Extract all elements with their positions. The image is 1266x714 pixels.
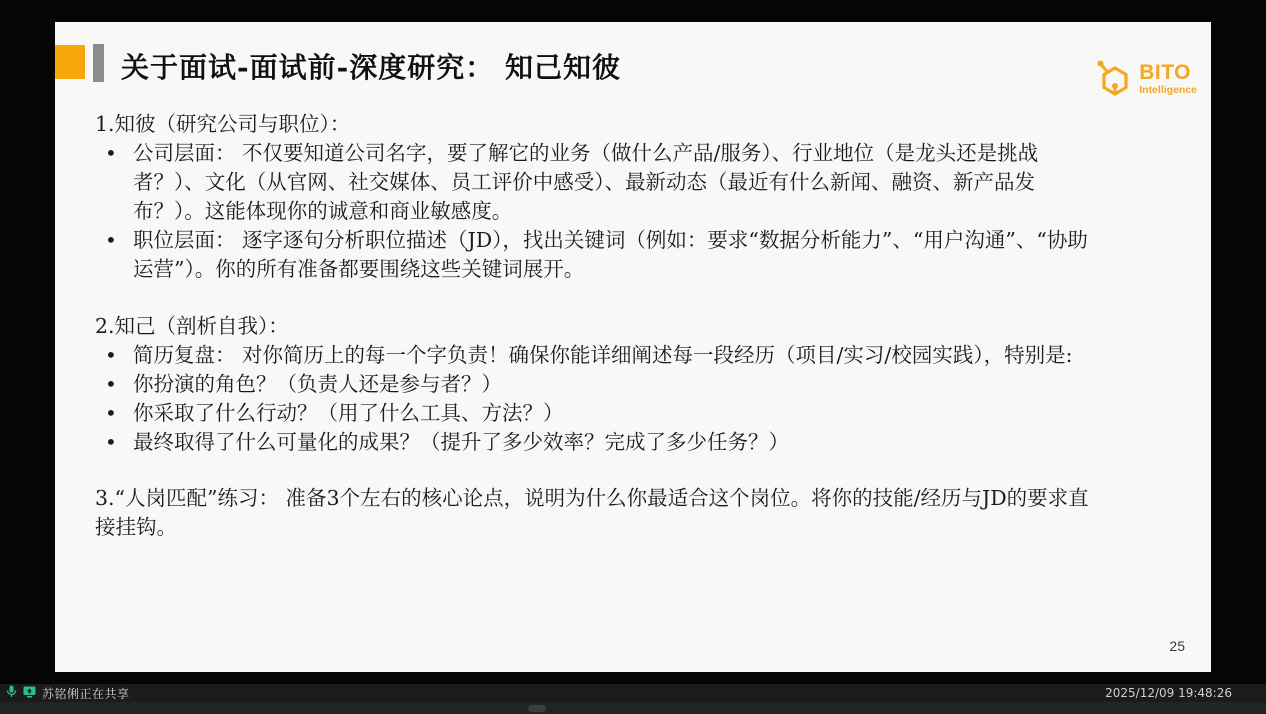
title-accent-bar <box>93 44 104 82</box>
section-2-bullet-list: 简历复盘： 对你简历上的每一个字负责！确保你能详细阐述每一段经历（项目/实习/校… <box>95 341 1090 457</box>
section-person-job-match: 3.“人岗匹配”练习： 准备3个左右的核心论点，说明为什么你最适合这个岗位。将你… <box>95 484 1090 542</box>
slide-title-rest: 深度研究： 知己知彼 <box>349 51 621 84</box>
bito-logo-icon <box>1094 58 1134 100</box>
taskbar-strip <box>0 702 1266 714</box>
microphone-icon[interactable] <box>6 685 17 701</box>
timestamp: 2025/12/09 19:48:26 <box>1105 686 1232 700</box>
section-1-heading: 1.知彼（研究公司与职位）： <box>95 110 1090 139</box>
status-icons <box>6 685 36 701</box>
bullet-your-role: 你扮演的角色？（负责人还是参与者？） <box>95 370 1090 399</box>
bito-logo: BITO Intelligence <box>1094 58 1197 100</box>
bullet-position-level: 职位层面： 逐字逐句分析职位描述（JD），找出关键词（例如：要求“数据分析能力”… <box>95 226 1090 284</box>
section-1-bullet-list: 公司层面： 不仅要知道公司名字，要了解它的业务（做什么产品/服务）、行业地位（是… <box>95 139 1090 284</box>
slide-body: 1.知彼（研究公司与职位）： 公司层面： 不仅要知道公司名字，要了解它的业务（做… <box>95 110 1090 542</box>
presentation-slide: 关于面试-面试前-深度研究： 知己知彼 BITO Intelligence <box>55 22 1211 672</box>
screen-share-view: 关于面试-面试前-深度研究： 知己知彼 BITO Intelligence <box>0 0 1266 714</box>
meeting-status-bar: 苏铭俐正在共享 2025/12/09 19:48:26 <box>0 684 1266 702</box>
slide-title: 关于面试-面试前-深度研究： 知己知彼 <box>121 46 621 86</box>
bullet-your-results: 最终取得了什么可量化的成果？（提升了多少效率？完成了多少任务？） <box>95 428 1090 457</box>
sharing-status-text: 苏铭俐正在共享 <box>42 685 130 702</box>
bito-logo-name: BITO <box>1139 62 1197 83</box>
section-know-them: 1.知彼（研究公司与职位）： 公司层面： 不仅要知道公司名字，要了解它的业务（做… <box>95 110 1090 284</box>
slide-title-row: 关于面试-面试前-深度研究： 知己知彼 BITO Intelligence <box>55 44 1211 92</box>
bito-logo-text: BITO Intelligence <box>1139 62 1197 96</box>
bullet-resume-review: 简历复盘： 对你简历上的每一个字负责！确保你能详细阐述每一段经历（项目/实习/校… <box>95 341 1090 370</box>
screen-share-icon[interactable] <box>23 686 36 701</box>
section-know-yourself: 2.知己（剖析自我）： 简历复盘： 对你简历上的每一个字负责！确保你能详细阐述每… <box>95 312 1090 457</box>
bullet-your-actions: 你采取了什么行动？（用了什么工具、方法？） <box>95 399 1090 428</box>
page-number: 25 <box>1169 638 1185 654</box>
taskbar-handle[interactable] <box>528 705 546 712</box>
bullet-company-level: 公司层面： 不仅要知道公司名字，要了解它的业务（做什么产品/服务）、行业地位（是… <box>95 139 1090 226</box>
bito-logo-subname: Intelligence <box>1139 85 1197 96</box>
slide-title-strong: 关于面试-面试前- <box>121 51 349 84</box>
section-2-heading: 2.知己（剖析自我）： <box>95 312 1090 341</box>
title-accent-square <box>55 45 85 79</box>
